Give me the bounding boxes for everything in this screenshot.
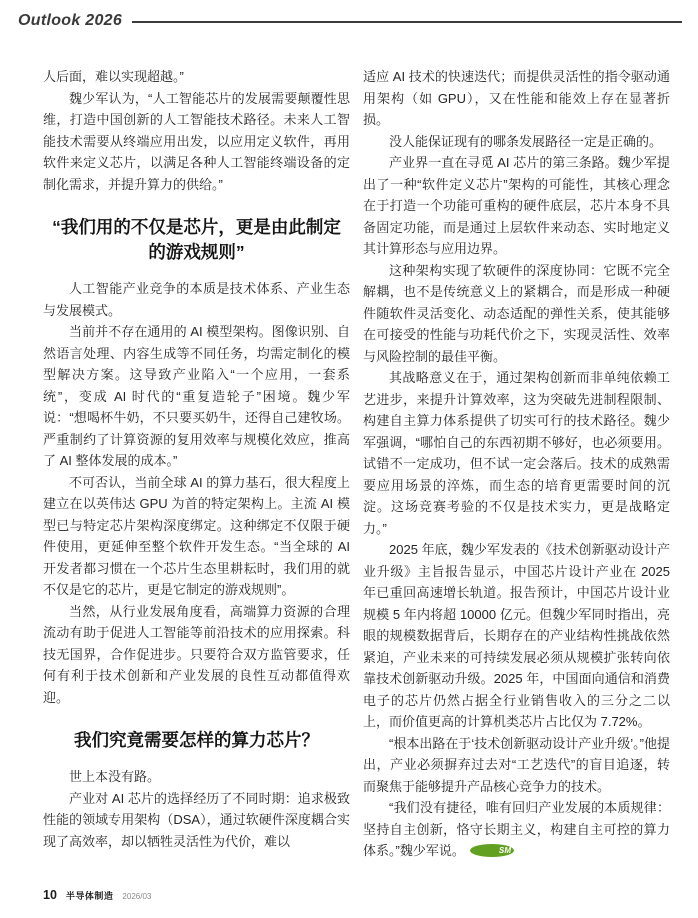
page-header-title: Outlook 2026	[18, 12, 122, 30]
article-end-badge: SM	[470, 844, 514, 857]
page-footer: 10 半导体制造 2026/03	[43, 888, 151, 902]
header-rule	[132, 21, 682, 23]
body-paragraph: 当前并不存在通用的 AI 模型架构。图像识别、自然语言处理、内容生成等不同任务，…	[43, 321, 350, 472]
body-paragraph: 世上本没有路。	[43, 766, 350, 788]
body-paragraph: 没人能保证现有的哪条发展路径一定是正确的。	[363, 131, 670, 153]
body-paragraph: 魏少军认为，“人工智能芯片的发展需要颠覆性思维，打造中国创新的人工智能技术路径。…	[43, 88, 350, 196]
article-body: 人后面，难以实现超越。”魏少军认为，“人工智能芯片的发展需要颠覆性思维，打造中国…	[43, 66, 670, 862]
magazine-name: 半导体制造	[66, 889, 114, 902]
body-paragraph: 产业对 AI 芯片的选择经历了不同时期：追求极致性能的领域专用架构（DSA），通…	[43, 788, 350, 853]
issue-date: 2026/03	[122, 892, 151, 901]
body-paragraph: “我们没有捷径，唯有回归产业发展的本质规律：坚持自主创新，恪守长期主义，构建自主…	[363, 797, 670, 862]
body-paragraph: 2025 年底，魏少军发表的《技术创新驱动设计产业升级》主旨报告显示，中国芯片设…	[363, 539, 670, 733]
body-paragraph: 适应 AI 技术的快速迭代；而提供灵活性的指令驱动通用架构（如 GPU），又在性…	[363, 66, 670, 131]
page-header: Outlook 2026	[18, 12, 682, 30]
body-paragraph: 不可否认，当前全球 AI 的算力基石，很大程度上建立在以英伟达 GPU 为首的特…	[43, 472, 350, 601]
body-paragraph: 其战略意义在于，通过架构创新而非单纯依赖工艺进步，来提升计算效率，这为突破先进制…	[363, 367, 670, 539]
body-paragraph: “根本出路在于‘技术创新驱动设计产业升级’。”他提出，产业必须摒弃过去对“工艺迭…	[363, 733, 670, 798]
body-paragraph: 人工智能产业竞争的本质是技术体系、产业生态与发展模式。	[43, 278, 350, 321]
left-column: 人后面，难以实现超越。”魏少军认为，“人工智能芯片的发展需要颠覆性思维，打造中国…	[43, 66, 350, 862]
right-column: 适应 AI 技术的快速迭代；而提供灵活性的指令驱动通用架构（如 GPU），又在性…	[363, 66, 670, 862]
body-paragraph: 当然，从行业发展角度看，高端算力资源的合理流动有助于促进人工智能等前沿技术的应用…	[43, 601, 350, 709]
body-paragraph: 产业界一直在寻觅 AI 芯片的第三条路。魏少军提出了一种“软件定义芯片”架构的可…	[363, 152, 670, 260]
section-heading: 我们究竟需要怎样的算力芯片？	[49, 728, 344, 753]
body-paragraph: 人后面，难以实现超越。”	[43, 66, 350, 88]
body-paragraph: 这种架构实现了软硬件的深度协同：它既不完全解耦，也不是传统意义上的紧耦合，而是形…	[363, 260, 670, 368]
section-heading: “我们用的不仅是芯片，更是由此制定的游戏规则”	[49, 215, 344, 265]
page-number: 10	[43, 888, 57, 902]
magazine-page: Outlook 2026 人后面，难以实现超越。”魏少军认为，“人工智能芯片的发…	[0, 0, 698, 918]
